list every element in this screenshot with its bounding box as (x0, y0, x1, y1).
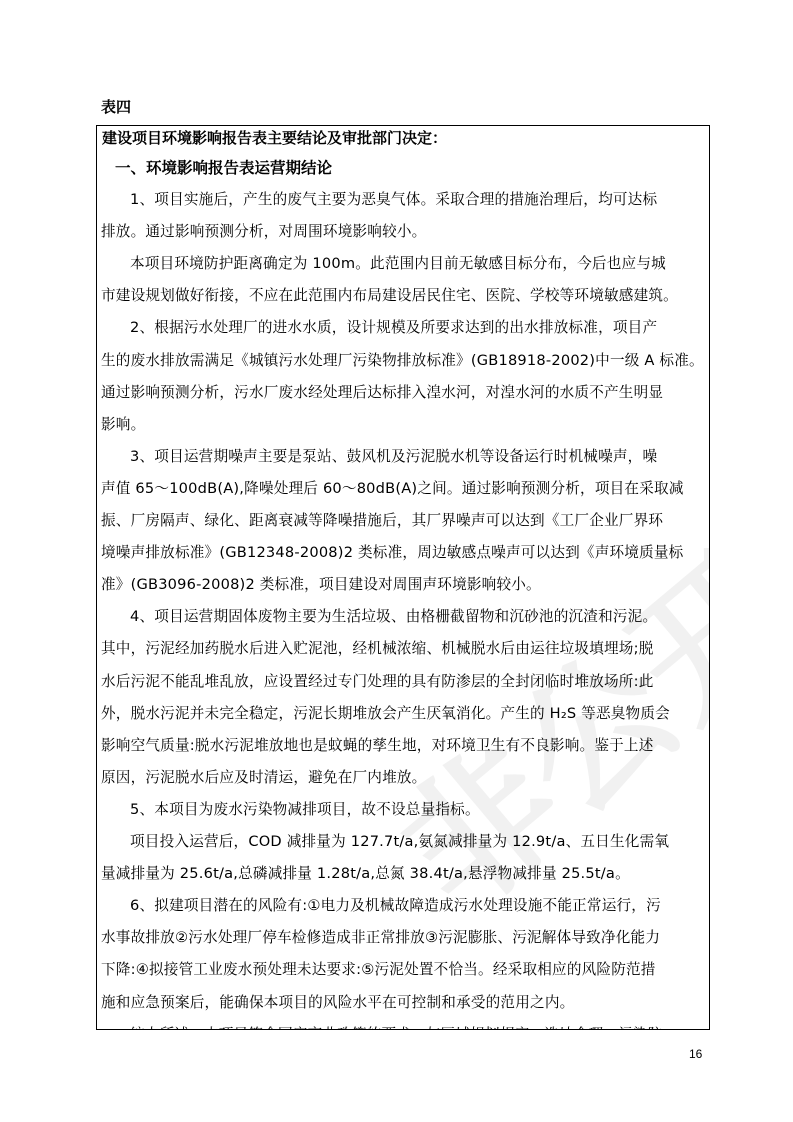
box-title: 建设项目环境影响报告表主要结论及审批部门决定： (102, 127, 447, 148)
conclusion-box: 非公开印 建设项目环境影响报告表主要结论及审批部门决定： 一、环境影响报告表运营… (96, 125, 710, 1030)
text-line: 准》(GB3096-2008)2 类标准，项目建设对周围声环境影响较小。 (101, 575, 705, 595)
page-number: 16 (689, 1047, 702, 1061)
text-line: 3、项目运营期噪声主要是泵站、鼓风机及污泥脱水机等设备运行时机械噪声，噪 (130, 447, 705, 467)
text-line: 5、本项目为废水污染物减排项目，故不设总量指标。 (130, 800, 705, 820)
text-line: 影响。 (101, 415, 705, 435)
table-label: 表四 (101, 96, 131, 117)
text-line: 水事故排放②污水处理厂停车检修造成非正常排放③污泥膨胀、污泥解体导致净化能力 (101, 928, 705, 948)
text-line: 2、根据污水处理厂的进水水质，设计规模及所要求达到的出水排放标准，项目产 (130, 318, 705, 338)
text-line: 6、拟建项目潜在的风险有:①电力及机械故障造成污水处理设施不能正常运行，污 (130, 896, 705, 916)
text-line: 影响空气质量:脱水污泥堆放地也是蚊蝇的孳生地，对环境卫生有不良影响。鉴于上述 (101, 736, 705, 756)
text-line: 项目投入运营后，COD 减排量为 127.7t/a,氨氮减排量为 12.9t/a… (130, 832, 705, 852)
text-line: 市建设规划做好衔接，不应在此范围内布局建设居民住宅、医院、学校等环境敏感建筑。 (101, 286, 705, 306)
text-line: 境噪声排放标准》(GB12348-2008)2 类标准，周边敏感点噪声可以达到《… (101, 543, 705, 563)
text-line: 排放。通过影响预测分析，对周围环境影响较小。 (101, 222, 705, 242)
text-line: 施和应急预案后，能确保本项目的风险水平在可控制和承受的范用之内。 (101, 993, 705, 1013)
text-line: 水后污泥不能乱堆乱放，应设置经过专门处理的具有防渗层的全封闭临时堆放场所:此 (101, 672, 705, 692)
text-line: 外，脱水污泥并未完全稳定，污泥长期堆放会产生厌氧消化。产生的 H₂S 等恶臭物质… (101, 704, 705, 724)
text-line: 声值 65～100dB(A),降噪处理后 60～80dB(A)之间。通过影响预测… (101, 479, 705, 499)
section-title: 一、环境影响报告表运营期结论 (115, 156, 332, 178)
text-line: 振、厂房隔声、绿化、距离衰减等降噪措施后，其厂界噪声可以达到《工厂企业厂界环 (101, 511, 705, 531)
text-line: 通过影响预测分析，污水厂废水经处理后达标排入湟水河，对湟水河的水质不产生明显 (101, 383, 705, 403)
text-line: 生的废水排放需满足《城镇污水处理厂污染物排放标准》(GB18918-2002)中… (101, 351, 705, 371)
text-line: 4、项目运营期固体废物主要为生活垃圾、由格栅截留物和沉砂池的沉渣和污泥。 (130, 607, 705, 627)
text-line: 量减排量为 25.6t/a,总磷减排量 1.28t/a,总氮 38.4t/a,悬… (101, 864, 705, 884)
text-line: 1、项目实施后，产生的废气主要为恶臭气体。采取合理的措施治理后，均可达标 (130, 190, 705, 210)
text-line: 综上所述，本项目符合国家产业政策的要求，与区域规划相容、选址合理，污染防 (130, 1025, 705, 1030)
text-line: 原因，污泥脱水后应及时清运，避免在厂内堆放。 (101, 768, 705, 788)
text-line: 下降:④拟接管工业废水预处理未达要求:⑤污泥处置不恰当。经采取相应的风险防范措 (101, 960, 705, 980)
text-line: 本项目环境防护距离确定为 100m。此范围内目前无敏感目标分布，今后也应与城 (130, 254, 705, 274)
text-line: 其中，污泥经加药脱水后进入贮泥池，经机械浓缩、机械脱水后由运往垃圾填埋场;脱 (101, 639, 705, 659)
